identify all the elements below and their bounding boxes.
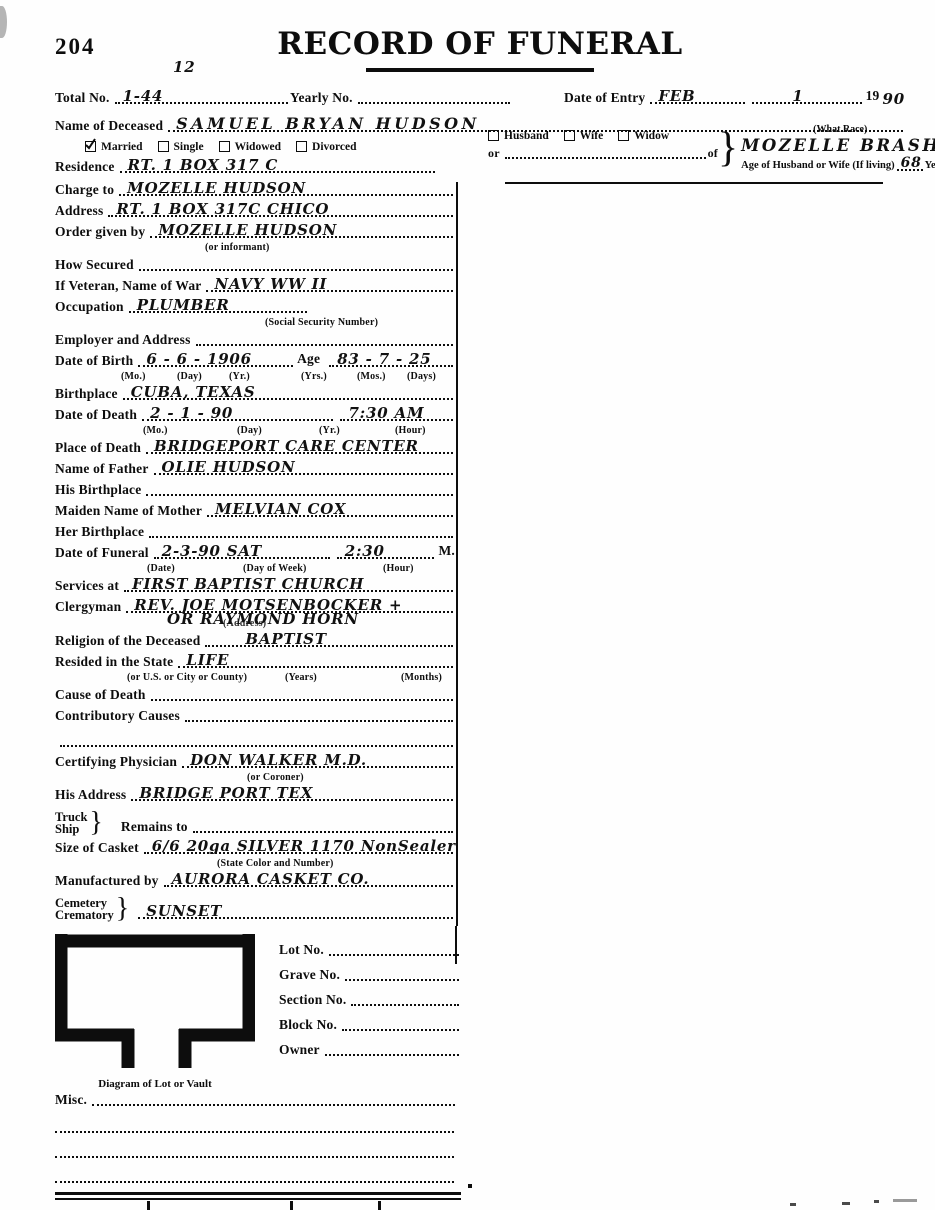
or-label: or (488, 146, 500, 161)
certifying-physician-sub-row: (or Coroner) (55, 772, 455, 782)
field-his-address: His AddressBRIDGE PORT TEX (55, 787, 455, 803)
checkbox-label: Divorced (312, 141, 357, 153)
title-bar: 204 12 RECORD OF FUNERAL (55, 24, 905, 78)
checkbox-option: Wife (564, 130, 603, 142)
spouse-bracket: } (718, 128, 738, 168)
place-of-death-value: BRIDGEPORT CARE CENTER (154, 437, 419, 455)
field-contributory-2 (55, 733, 455, 749)
field-size-of-casket: Size of Casket6/6 20ga SILVER 1170 NonSe… (55, 840, 455, 868)
his-address-value: BRIDGE PORT TEX (139, 784, 313, 802)
cause-of-death-input[interactable] (151, 699, 453, 701)
order-given-by-value: MOZELLE HUDSON (158, 221, 337, 239)
lot-field-2: Section No. (279, 992, 461, 1008)
field-address: AddressRT. 1 BOX 317C CHICO (55, 203, 455, 219)
services-at-row: Services atFIRST BAPTIST CHURCH (55, 578, 455, 594)
date-of-funeral-value: 2:30 (345, 542, 385, 560)
how-secured-row: How Secured (55, 257, 455, 273)
employer-input[interactable] (196, 344, 453, 346)
blank-dotted-line[interactable] (55, 1156, 454, 1158)
checkbox-widowed[interactable] (219, 141, 230, 152)
lot-row: Owner (279, 1042, 461, 1058)
bottom-table-rule (55, 1192, 461, 1200)
size-of-casket-sub-row: (State Color and Number) (55, 858, 455, 868)
charge-to-row: Charge toMOZELLE HUDSON (55, 182, 455, 198)
contributory-2-row (55, 733, 455, 749)
field-manufactured-by: Manufactured byAURORA CASKET CO. (55, 873, 455, 889)
lot-row-label: Section No. (279, 992, 346, 1008)
lot-section: Diagram of Lot or Vault Lot No.Grave No.… (55, 934, 935, 1090)
birthplace-row: BirthplaceCUBA, TEXAS (55, 386, 455, 402)
lot-field-3: Block No. (279, 1017, 461, 1033)
his-birthplace-row: His Birthplace (55, 482, 455, 498)
cemetery-input[interactable]: SUNSET (138, 917, 453, 919)
field-cemetery: CemeteryCrematory}SUNSET (55, 894, 455, 921)
misc-row: Misc. (55, 1092, 457, 1108)
date-of-death-sub-row: (Mo.)(Day)(Yr.)(Hour) (55, 425, 455, 435)
resided-state-value: LIFE (186, 651, 229, 669)
date-of-funeral-sub-label: (Date) (147, 563, 175, 574)
spouse-or-of-row: or of (488, 144, 718, 161)
clergyman-label: Clergyman (55, 599, 121, 615)
order-given-by-input[interactable]: MOZELLE HUDSON (150, 236, 453, 238)
birthplace-value: CUBA, TEXAS (131, 383, 256, 401)
order-given-by-label: Order given by (55, 224, 145, 240)
name-of-father-input[interactable]: OLIE HUDSON (154, 473, 453, 475)
lot-vault-diagram-icon (55, 934, 255, 1070)
table-tick (147, 1201, 150, 1210)
checkbox-option: Divorced (296, 141, 357, 153)
field-charge-to: Charge toMOZELLE HUDSON (55, 182, 455, 198)
lot-row-input[interactable] (351, 1004, 459, 1006)
her-birthplace-input[interactable] (149, 536, 453, 538)
size-of-casket-value: 6/6 20ga SILVER 1170 NonSealer (152, 837, 456, 855)
cause-of-death-label: Cause of Death (55, 687, 146, 703)
checkbox-widow[interactable] (618, 130, 629, 141)
of-label: of (708, 146, 718, 161)
resided-state-sub-label: (Months) (401, 672, 442, 683)
lot-row-label: Block No. (279, 1017, 337, 1033)
scan-fragment (874, 1200, 879, 1203)
spouse-age-input[interactable]: 68 (897, 159, 923, 171)
field-resided-state: Resided in the StateLIFE(or U.S. or City… (55, 654, 455, 682)
date-of-birth-input[interactable]: 83 - 7 - 25 (329, 365, 453, 367)
checkbox-label: Widowed (235, 141, 281, 153)
occupation-input[interactable]: PLUMBER (129, 311, 307, 313)
field-her-birthplace: Her Birthplace (55, 524, 455, 540)
field-name-of-father: Name of FatherOLIE HUDSON (55, 461, 455, 477)
lot-row-input[interactable] (342, 1029, 459, 1031)
right-column-blank (458, 182, 935, 926)
left-column: Charge toMOZELLE HUDSONAddressRT. 1 BOX … (55, 182, 458, 926)
contributory-2-input[interactable] (60, 745, 453, 747)
place-of-death-label: Place of Death (55, 440, 141, 456)
size-of-casket-sub-label: (State Color and Number) (217, 858, 334, 869)
veteran-war-row: If Veteran, Name of WarNAVY WW II (55, 278, 455, 294)
birthplace-input[interactable]: CUBA, TEXAS (123, 398, 453, 400)
stray-dot (468, 1184, 472, 1188)
order-given-by-sub-label: (or informant) (205, 242, 270, 253)
checkbox-single[interactable] (158, 141, 169, 152)
columns: Charge toMOZELLE HUDSONAddressRT. 1 BOX … (55, 182, 935, 926)
field-date-of-birth: Date of Birth6 - 6 - 1906Age83 - 7 - 25(… (55, 353, 455, 381)
date-of-birth-sub-label: (Yrs.) (301, 371, 327, 382)
occupation-value: PLUMBER (137, 296, 230, 314)
truck-ship-row: TruckShip}Remains to (55, 808, 455, 835)
blank-dotted-line[interactable] (55, 1131, 454, 1133)
date-of-death-sub-label: (Hour) (395, 425, 426, 436)
employer-row: Employer and Address (55, 332, 455, 348)
field-place-of-death: Place of DeathBRIDGEPORT CARE CENTER (55, 440, 455, 456)
checkbox-label: Husband (504, 130, 549, 142)
date-of-birth-sub-label: (Yr.) (229, 371, 250, 382)
date-of-funeral-sub-label: (Hour) (383, 563, 414, 574)
how-secured-input[interactable] (139, 269, 453, 271)
total-no-group: Total No. 1-44 (55, 90, 290, 106)
record-of-funeral-page: 204 12 RECORD OF FUNERAL Total No. 1-44 … (0, 0, 935, 1210)
scan-fragment (842, 1202, 850, 1205)
date-of-birth-mid-label: Age (297, 351, 320, 367)
divider-extension (455, 926, 457, 964)
entry-day-input[interactable]: 1 (752, 102, 861, 104)
resided-state-input[interactable]: LIFE (178, 666, 453, 668)
title-underline (366, 68, 594, 72)
spouse-age-label: Age of Husband or Wife (If living) (741, 160, 894, 171)
address-row: AddressRT. 1 BOX 317C CHICO (55, 203, 455, 219)
residence-label: Residence (55, 159, 115, 175)
date-of-death-label: Date of Death (55, 407, 137, 423)
checkbox-label: Widow (634, 130, 669, 142)
table-tick (290, 1201, 293, 1210)
date-of-birth-value: 6 - 6 - 1906 (146, 350, 252, 368)
size-of-casket-input[interactable]: 6/6 20ga SILVER 1170 NonSealer (144, 852, 453, 854)
truck-ship-inner-label: Remains to (121, 819, 188, 835)
clergyman-overlap: (Address)OR RAYMOND HORN (55, 615, 455, 628)
maiden-name-of-mother-value: MELVIAN COX (215, 500, 346, 518)
yearly-no-input[interactable] (358, 102, 510, 104)
certifying-physician-label: Certifying Physician (55, 754, 177, 770)
name-of-father-row: Name of FatherOLIE HUDSON (55, 461, 455, 477)
checkbox-married[interactable] (85, 141, 96, 152)
field-cause-of-death: Cause of Death (55, 687, 455, 703)
checkbox-option: Widowed (219, 141, 281, 153)
occupation-row: OccupationPLUMBER (55, 299, 455, 315)
field-occupation: OccupationPLUMBER(Social Security Number… (55, 299, 455, 327)
entry-day-value: 1 (792, 87, 803, 105)
religion-input[interactable]: BAPTIST (205, 645, 453, 647)
field-truck-ship: TruckShip}Remains to (55, 808, 455, 835)
field-employer: Employer and Address (55, 332, 455, 348)
contributory-causes-input[interactable] (185, 720, 453, 722)
diagram-caption: Diagram of Lot or Vault (55, 1078, 255, 1090)
date-of-entry-label: Date of Entry (564, 90, 645, 106)
veteran-war-value: NAVY WW II (214, 275, 327, 293)
date-of-death-row: Date of Death2 - 1 - 907:30 AM (55, 407, 455, 423)
truck-ship-input[interactable] (193, 831, 453, 833)
lot-fields: Lot No.Grave No.Section No.Block No.Owne… (279, 934, 461, 1090)
maiden-name-of-mother-row: Maiden Name of MotherMELVIAN COX (55, 503, 455, 519)
field-order-given-by: Order given byMOZELLE HUDSON(or informan… (55, 224, 455, 252)
total-no-input[interactable]: 1-44 (115, 102, 288, 104)
date-of-funeral-input[interactable]: 2:30 (337, 557, 435, 559)
charge-to-value: MOZELLE HUDSON (127, 179, 306, 197)
date-of-death-sub-label: (Day) (237, 425, 262, 436)
manufactured-by-input[interactable]: AURORA CASKET CO. (164, 885, 453, 887)
lot-row: Section No. (279, 992, 461, 1008)
residence-value: RT. 1 BOX 317 C (128, 156, 279, 174)
place-of-death-input[interactable]: BRIDGEPORT CARE CENTER (146, 452, 453, 454)
his-address-input[interactable]: BRIDGE PORT TEX (131, 799, 453, 801)
what-race-label: (What Race) (813, 124, 867, 135)
date-of-birth-sub-label: (Mo.) (121, 371, 146, 382)
veteran-war-label: If Veteran, Name of War (55, 278, 201, 294)
place-of-death-row: Place of DeathBRIDGEPORT CARE CENTER (55, 440, 455, 456)
spouse-underline (505, 182, 883, 184)
lot-row-input[interactable] (329, 954, 459, 956)
order-given-by-row: Order given byMOZELLE HUDSON (55, 224, 455, 240)
services-at-label: Services at (55, 578, 119, 594)
certifying-physician-input[interactable]: DON WALKER M.D. (182, 766, 453, 768)
cemetery-stacked-label: CemeteryCrematory (55, 897, 114, 921)
lot-row-input[interactable] (325, 1054, 459, 1056)
resided-state-sub-label: (Years) (285, 672, 317, 683)
spouse-name-value: MOZELLE BRASHEAR HUDSON (741, 136, 935, 155)
services-at-input[interactable]: FIRST BAPTIST CHURCH (124, 590, 453, 592)
truck-ship-stack-line: Ship (55, 823, 87, 835)
lot-row: Lot No. (279, 942, 461, 958)
date-of-death-input[interactable]: 2 - 1 - 90 (142, 419, 333, 421)
page-title: RECORD OF FUNERAL (55, 26, 905, 62)
order-given-by-sub-row: (or informant) (55, 242, 455, 252)
lot-row-label: Lot No. (279, 942, 324, 958)
his-address-label: His Address (55, 787, 126, 803)
spouse-left: HusbandWifeWidow or of (488, 128, 718, 161)
total-no-label: Total No. (55, 90, 110, 106)
residence-row: Residence RT. 1 BOX 317 C (55, 157, 437, 175)
occupation-label: Occupation (55, 299, 124, 315)
field-maiden-name-of-mother: Maiden Name of MotherMELVIAN COX (55, 503, 455, 519)
date-of-entry-group: Date of Entry FEB 1 19 90 (564, 88, 905, 106)
name-of-deceased-label: Name of Deceased (55, 118, 163, 134)
date-of-funeral-end-label: M. (438, 543, 455, 559)
lot-row-label: Grave No. (279, 967, 340, 983)
religion-row: Religion of the DeceasedBAPTIST (55, 633, 455, 649)
field-his-birthplace: His Birthplace (55, 482, 455, 498)
checkbox-label: Married (101, 141, 143, 153)
occupation-sub-label: (Social Security Number) (265, 317, 378, 328)
date-of-birth-sub-label: (Mos.) (357, 371, 386, 382)
occupation-sub-row: (Social Security Number) (55, 317, 455, 327)
field-religion: Religion of the DeceasedBAPTIST (55, 633, 455, 649)
date-of-death-input[interactable]: 7:30 AM (340, 419, 453, 421)
yearly-no-label: Yearly No. (290, 90, 353, 106)
checkbox-husband[interactable] (488, 130, 499, 141)
spouse-checkboxes: HusbandWifeWidow (488, 128, 718, 143)
entry-month-value: FEB (658, 87, 695, 105)
checkbox-option: Married (85, 141, 143, 153)
field-birthplace: BirthplaceCUBA, TEXAS (55, 386, 455, 402)
checkbox-option: Husband (488, 130, 549, 142)
certifying-physician-value: DON WALKER M.D. (190, 751, 367, 769)
misc-section: Misc. (55, 1092, 457, 1183)
resided-state-row: Resided in the StateLIFE (55, 654, 455, 670)
date-of-death-value: 7:30 AM (348, 404, 424, 422)
field-contributory-causes: Contributory Causes (55, 708, 455, 724)
checkbox-label: Wife (580, 130, 603, 142)
name-of-father-value: OLIE HUDSON (162, 458, 296, 476)
total-no-value: 1-44 (123, 87, 164, 105)
clergyman-value-2: OR RAYMOND HORN (167, 610, 359, 628)
entry-year-value: 90 (883, 90, 905, 108)
entry-year-prefix: 19 (866, 88, 880, 104)
date-of-birth-value: 83 - 7 - 25 (337, 350, 431, 368)
address-input[interactable]: RT. 1 BOX 317C CHICO (108, 215, 453, 217)
date-of-death-sub-label: (Mo.) (143, 425, 168, 436)
truck-ship-bracket: } (89, 811, 102, 835)
cemetery-stack-line: Crematory (55, 909, 114, 921)
date-of-birth-row: Date of Birth6 - 6 - 1906Age83 - 7 - 25 (55, 353, 455, 369)
scan-fragment (893, 1199, 917, 1202)
lot-field-1: Grave No. (279, 967, 461, 983)
charge-to-input[interactable]: MOZELLE HUDSON (119, 194, 453, 196)
maiden-name-of-mother-label: Maiden Name of Mother (55, 503, 202, 519)
date-of-funeral-label: Date of Funeral (55, 545, 149, 561)
spouse-or-input[interactable] (505, 157, 706, 159)
maiden-name-of-mother-input[interactable]: MELVIAN COX (207, 515, 453, 517)
religion-value: BAPTIST (245, 630, 326, 648)
veteran-war-input[interactable]: NAVY WW II (206, 290, 453, 292)
date-of-funeral-row: Date of Funeral2-3-90 SAT2:30M. (55, 545, 455, 561)
his-birthplace-input[interactable] (146, 494, 453, 496)
date-of-death-sub-label: (Yr.) (319, 425, 340, 436)
lot-field-0: Lot No. (279, 942, 461, 958)
numbers-row: Total No. 1-44 Yearly No. Date of Entry … (55, 87, 905, 106)
date-of-birth-label: Date of Birth (55, 353, 133, 369)
her-birthplace-row: Her Birthplace (55, 524, 455, 540)
field-clergyman: ClergymanREV. JOE MOTSENBOCKER +(Address… (55, 599, 455, 628)
checkbox-option: Widow (618, 130, 669, 142)
checkbox-option: Single (158, 141, 204, 153)
spouse-age-value: 68 (901, 155, 922, 171)
date-of-death-value: 2 - 1 - 90 (150, 404, 233, 422)
field-date-of-death: Date of Death2 - 1 - 907:30 AM(Mo.)(Day)… (55, 407, 455, 435)
checkbox-label: Single (174, 141, 204, 153)
manufactured-by-value: AURORA CASKET CO. (172, 870, 370, 888)
name-of-father-label: Name of Father (55, 461, 149, 477)
resided-state-sub-label: (or U.S. or City or County) (127, 672, 247, 683)
his-address-row: His AddressBRIDGE PORT TEX (55, 787, 455, 803)
lot-diagram-block: Diagram of Lot or Vault (55, 934, 261, 1090)
date-of-funeral-sub-row: (Date)(Day of Week)(Hour) (55, 563, 455, 573)
truck-ship-stacked-label: TruckShip (55, 811, 87, 835)
religion-label: Religion of the Deceased (55, 633, 200, 649)
blank-dotted-line[interactable] (55, 1181, 454, 1183)
birthplace-label: Birthplace (55, 386, 118, 402)
lot-field-4: Owner (279, 1042, 461, 1058)
date-of-funeral-sub-label: (Day of Week) (243, 563, 307, 574)
cemetery-value: SUNSET (146, 902, 222, 920)
years-label: Years (925, 160, 935, 171)
lot-row: Grave No. (279, 967, 461, 983)
date-of-birth-sub-label: (Day) (177, 371, 202, 382)
field-services-at: Services atFIRST BAPTIST CHURCH (55, 578, 455, 594)
employer-label: Employer and Address (55, 332, 191, 348)
date-of-funeral-input[interactable]: 2-3-90 SAT (154, 557, 330, 559)
contributory-causes-label: Contributory Causes (55, 708, 180, 724)
how-secured-label: How Secured (55, 257, 134, 273)
lot-row-label: Owner (279, 1042, 320, 1058)
manufactured-by-label: Manufactured by (55, 873, 159, 889)
yearly-no-group: Yearly No. (290, 90, 512, 106)
her-birthplace-label: Her Birthplace (55, 524, 144, 540)
entry-month-input[interactable]: FEB (650, 102, 745, 104)
checkbox-wife[interactable] (564, 130, 575, 141)
resided-state-sub-row: (or U.S. or City or County)(Years)(Month… (55, 672, 455, 682)
cause-of-death-row: Cause of Death (55, 687, 455, 703)
field-date-of-funeral: Date of Funeral2-3-90 SAT2:30M.(Date)(Da… (55, 545, 455, 573)
date-of-birth-sub-label: (Days) (407, 371, 436, 382)
residence-input[interactable]: RT. 1 BOX 317 C (120, 171, 435, 173)
resided-state-label: Resided in the State (55, 654, 173, 670)
size-of-casket-row: Size of Casket6/6 20ga SILVER 1170 NonSe… (55, 840, 455, 856)
field-certifying-physician: Certifying PhysicianDON WALKER M.D.(or C… (55, 754, 455, 782)
cemetery-bracket: } (116, 897, 129, 921)
his-birthplace-label: His Birthplace (55, 482, 141, 498)
header: 204 12 RECORD OF FUNERAL Total No. 1-44 … (0, 0, 935, 175)
certifying-physician-sub-label: (or Coroner) (247, 772, 304, 783)
name-of-deceased-value: SAMUEL BRYAN HUDSON (176, 114, 480, 133)
address-value: RT. 1 BOX 317C CHICO (116, 200, 329, 218)
field-veteran-war: If Veteran, Name of WarNAVY WW II (55, 278, 455, 294)
checkbox-divorced[interactable] (296, 141, 307, 152)
spouse-age-row: Age of Husband or Wife (If living) 68 Ye… (741, 159, 935, 171)
scan-fragment (790, 1203, 796, 1206)
certifying-physician-row: Certifying PhysicianDON WALKER M.D. (55, 754, 455, 770)
date-of-birth-sub-row: (Mo.)(Day)(Yr.)(Yrs.)(Mos.)(Days) (55, 371, 455, 381)
cemetery-row: CemeteryCrematory}SUNSET (55, 894, 455, 921)
field-how-secured: How Secured (55, 257, 455, 273)
manufactured-by-row: Manufactured byAURORA CASKET CO. (55, 873, 455, 889)
date-of-birth-input[interactable]: 6 - 6 - 1906 (138, 365, 293, 367)
size-of-casket-label: Size of Casket (55, 840, 139, 856)
lot-row-input[interactable] (345, 979, 459, 981)
contributory-causes-row: Contributory Causes (55, 708, 455, 724)
table-tick (378, 1201, 381, 1210)
spouse-block: HusbandWifeWidow or of } (What Race) MOZ… (488, 128, 935, 168)
date-of-funeral-value: 2-3-90 SAT (162, 542, 262, 560)
misc-label: Misc. (55, 1092, 87, 1108)
lot-row: Block No. (279, 1017, 461, 1033)
charge-to-label: Charge to (55, 182, 114, 198)
services-at-value: FIRST BAPTIST CHURCH (132, 575, 364, 593)
misc-input[interactable] (92, 1104, 455, 1106)
address-label: Address (55, 203, 103, 219)
